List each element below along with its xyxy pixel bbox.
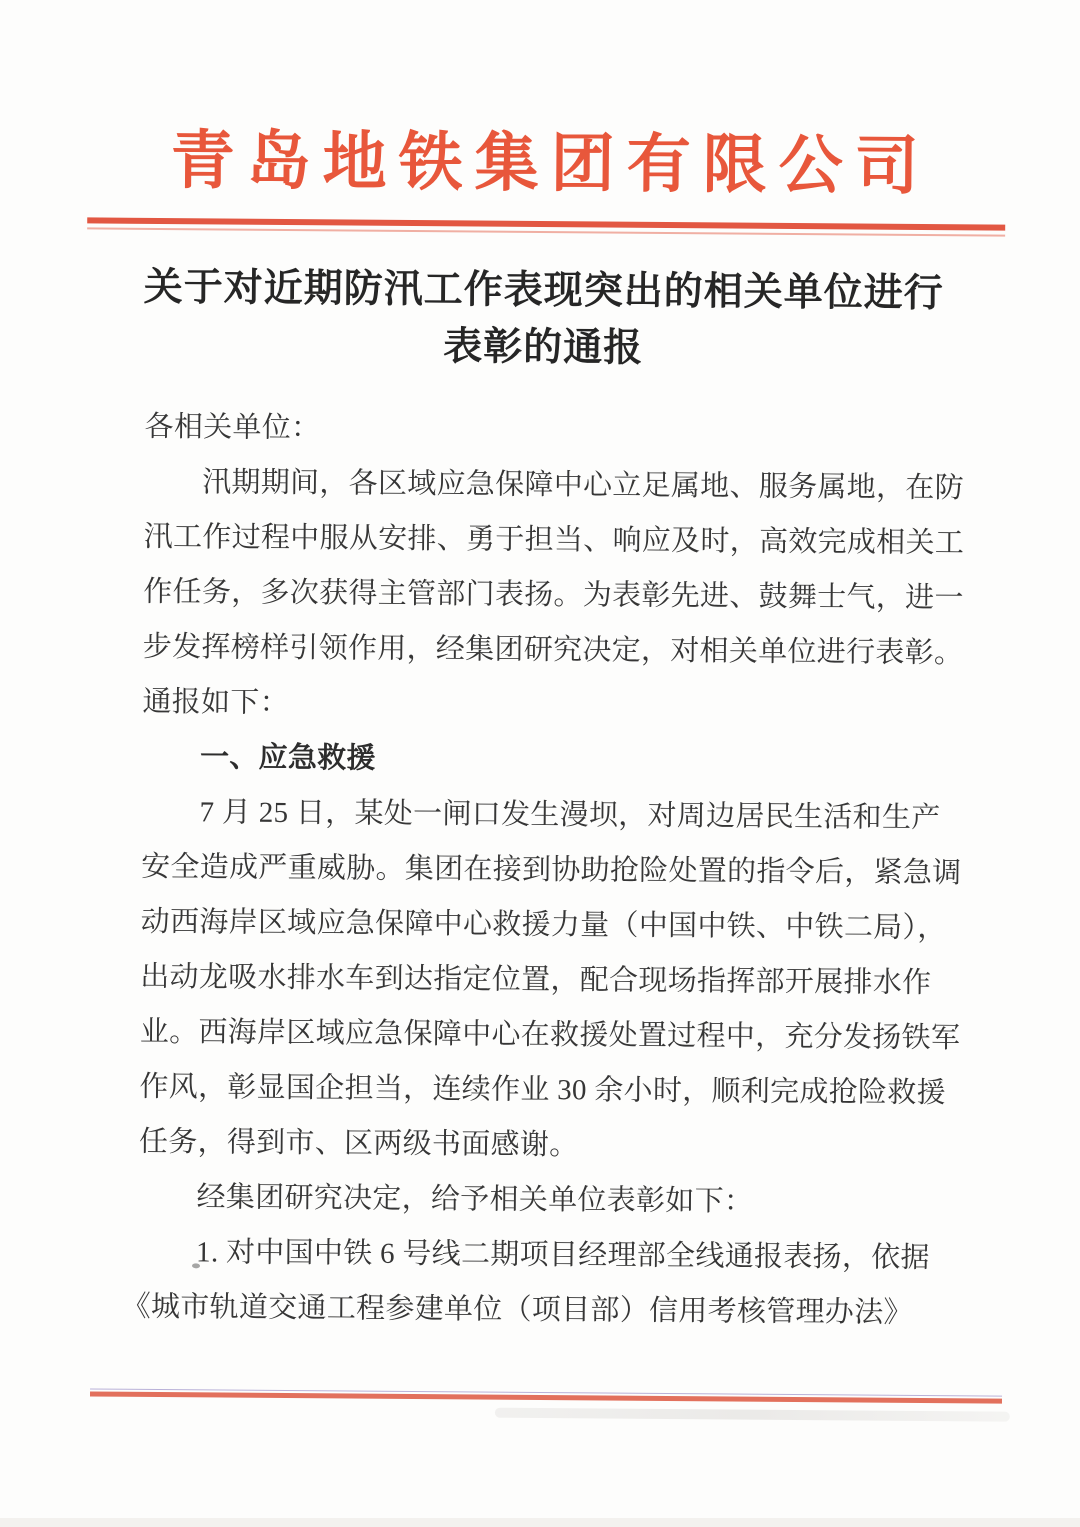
body-line: 作任务，多次获得主管部门表扬。为表彰先进、鼓舞士气，进一 — [143, 565, 963, 626]
section-heading-emergency-rescue: 一、应急救援 — [142, 730, 962, 791]
document-title: 关于对近期防汛工作表现突出的相关单位进行 表彰的通报 — [3, 258, 1080, 380]
body-line: 汛工作过程中服从安排、勇于担当、响应及时，高效完成相关工 — [144, 510, 964, 571]
body-line-salutation: 各相关单位： — [144, 400, 964, 461]
document-title-line2: 表彰的通报 — [3, 315, 1080, 380]
body-line: 任务，得到市、区两级书面感谢。 — [139, 1115, 959, 1176]
scanned-document-page: 青岛地铁集团有限公司 关于对近期防汛工作表现突出的相关单位进行 表彰的通报 各相… — [0, 0, 1080, 1527]
body-line: 《城市轨道交通工程参建单位（项目部）信用考核管理办法》 — [121, 1280, 957, 1342]
body-line: 经集团研究决定，给予相关单位表彰如下： — [138, 1170, 958, 1231]
body-line: 动西海岸区域应急保障中心救援力量（中国中铁、中铁二局）， — [140, 895, 960, 956]
document-body: 各相关单位： 汛期期间，各区域应急保障中心立足属地、服务属地，在防 汛工作过程中… — [137, 400, 964, 1341]
body-line: 步发挥榜样引领作用，经集团研究决定，对相关单位进行表彰。 — [143, 620, 963, 681]
body-line-item-1: 1. 对中国中铁 6 号线二期项目经理部全线通报表扬，依据 — [138, 1225, 958, 1286]
document-title-line1: 关于对近期防汛工作表现突出的相关单位进行 — [3, 258, 1080, 323]
body-line: 汛期期间，各区域应急保障中心立足属地、服务属地，在防 — [144, 455, 964, 516]
body-line: 出动龙吸水排水车到达指定位置，配合现场指挥部开展排水作 — [140, 950, 960, 1011]
company-letterhead: 青岛地铁集团有限公司 — [4, 108, 1080, 208]
scan-bottom-edge — [0, 1518, 1080, 1527]
footer-rule-thick — [90, 1391, 1002, 1403]
scan-artifact-dot — [192, 1263, 200, 1268]
body-line: 通报如下： — [142, 675, 962, 736]
body-line: 7 月 25 日，某处一闸口发生漫坝，对周边居民生活和生产 — [141, 785, 961, 846]
body-line: 安全造成严重威胁。集团在接到协助抢险处置的指令后，紧急调 — [141, 840, 961, 901]
body-line: 作风，彰显国企担当，连续作业 30 余小时，顺利完成抢险救援 — [139, 1060, 959, 1121]
body-line: 业。西海岸区域应急保障中心在救援处置过程中，充分发扬铁军 — [140, 1005, 960, 1066]
scan-artifact-smudge — [495, 1408, 1010, 1422]
document-content: 青岛地铁集团有限公司 关于对近期防汛工作表现突出的相关单位进行 表彰的通报 各相… — [0, 0, 1080, 1527]
